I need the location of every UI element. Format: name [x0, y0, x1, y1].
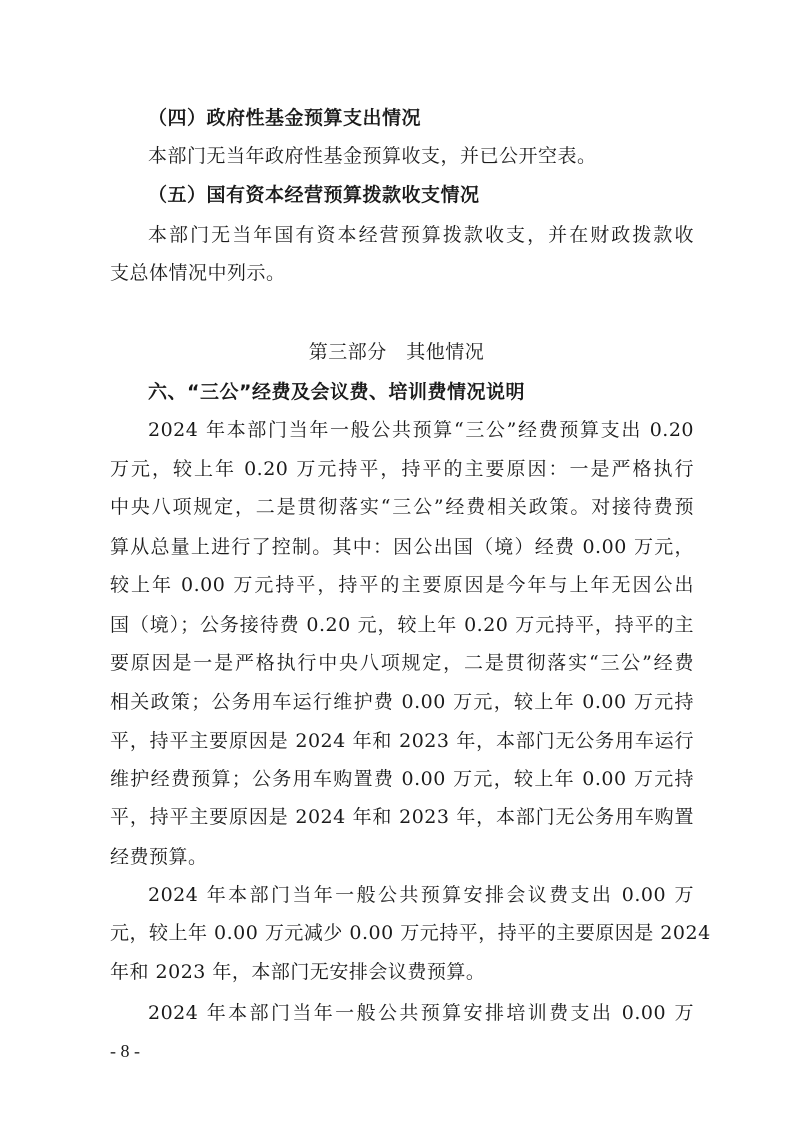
section-body-4: 本部门无当年政府性基金预算收支，并已公开空表。: [148, 141, 694, 171]
paragraph-1-line: 相关政策；公务用车运行维护费 0.00 万元，较上年 0.00 万元持: [110, 687, 694, 717]
paragraph-2-line: 元，较上年 0.00 万元减少 0.00 万元持平，持平的主要原因是 2024: [110, 918, 694, 948]
section-body-5-line-2: 支总体情况中列示。: [110, 258, 694, 288]
paragraph-1-line: 较上年 0.00 万元持平，持平的主要原因是今年与上年无因公出: [110, 570, 694, 600]
section-heading-4: （四）政府性基金预算支出情况: [148, 103, 694, 133]
part-title: 第三部分 其他情况: [0, 337, 793, 367]
paragraph-1-line: 2024 年本部门当年一般公共预算“三公”经费预算支出 0.20: [148, 415, 694, 445]
paragraph-1-line: 平，持平主要原因是 2024 年和 2023 年，本部门无公务用车购置: [110, 802, 694, 832]
paragraph-1-line: 算从总量上进行了控制。其中：因公出国（境）经费 0.00 万元，: [110, 532, 694, 562]
paragraph-1-line: 中央八项规定，二是贯彻落实“三公”经费相关政策。对接待费预: [110, 492, 694, 522]
paragraph-1-line: 要原因是一是严格执行中央八项规定，二是贯彻落实“三公”经费: [110, 648, 694, 678]
paragraph-2-line: 2024 年本部门当年一般公共预算安排会议费支出 0.00 万: [148, 880, 694, 910]
paragraph-1-line: 维护经费预算；公务用车购置费 0.00 万元，较上年 0.00 万元持: [110, 764, 694, 794]
section-body-5-line-1: 本部门无当年国有资本经营预算拨款收支，并在财政拨款收: [148, 220, 694, 250]
paragraph-2-line: 年和 2023 年，本部门无安排会议费预算。: [110, 957, 694, 987]
subsection-heading: 六、“三公”经费及会议费、培训费情况说明: [148, 377, 694, 407]
paragraph-1-line: 平，持平主要原因是 2024 年和 2023 年，本部门无公务用车运行: [110, 726, 694, 756]
paragraph-1-line: 国（境）；公务接待费 0.20 元，较上年 0.20 万元持平，持平的主: [110, 610, 694, 640]
page-number: - 8 -: [110, 1036, 140, 1066]
paragraph-3-line: 2024 年本部门当年一般公共预算安排培训费支出 0.00 万: [148, 998, 694, 1028]
paragraph-1-line: 万元，较上年 0.20 万元持平，持平的主要原因：一是严格执行: [110, 454, 694, 484]
paragraph-1-line: 经费预算。: [110, 842, 694, 872]
section-heading-5: （五）国有资本经营预算拨款收支情况: [148, 180, 694, 210]
